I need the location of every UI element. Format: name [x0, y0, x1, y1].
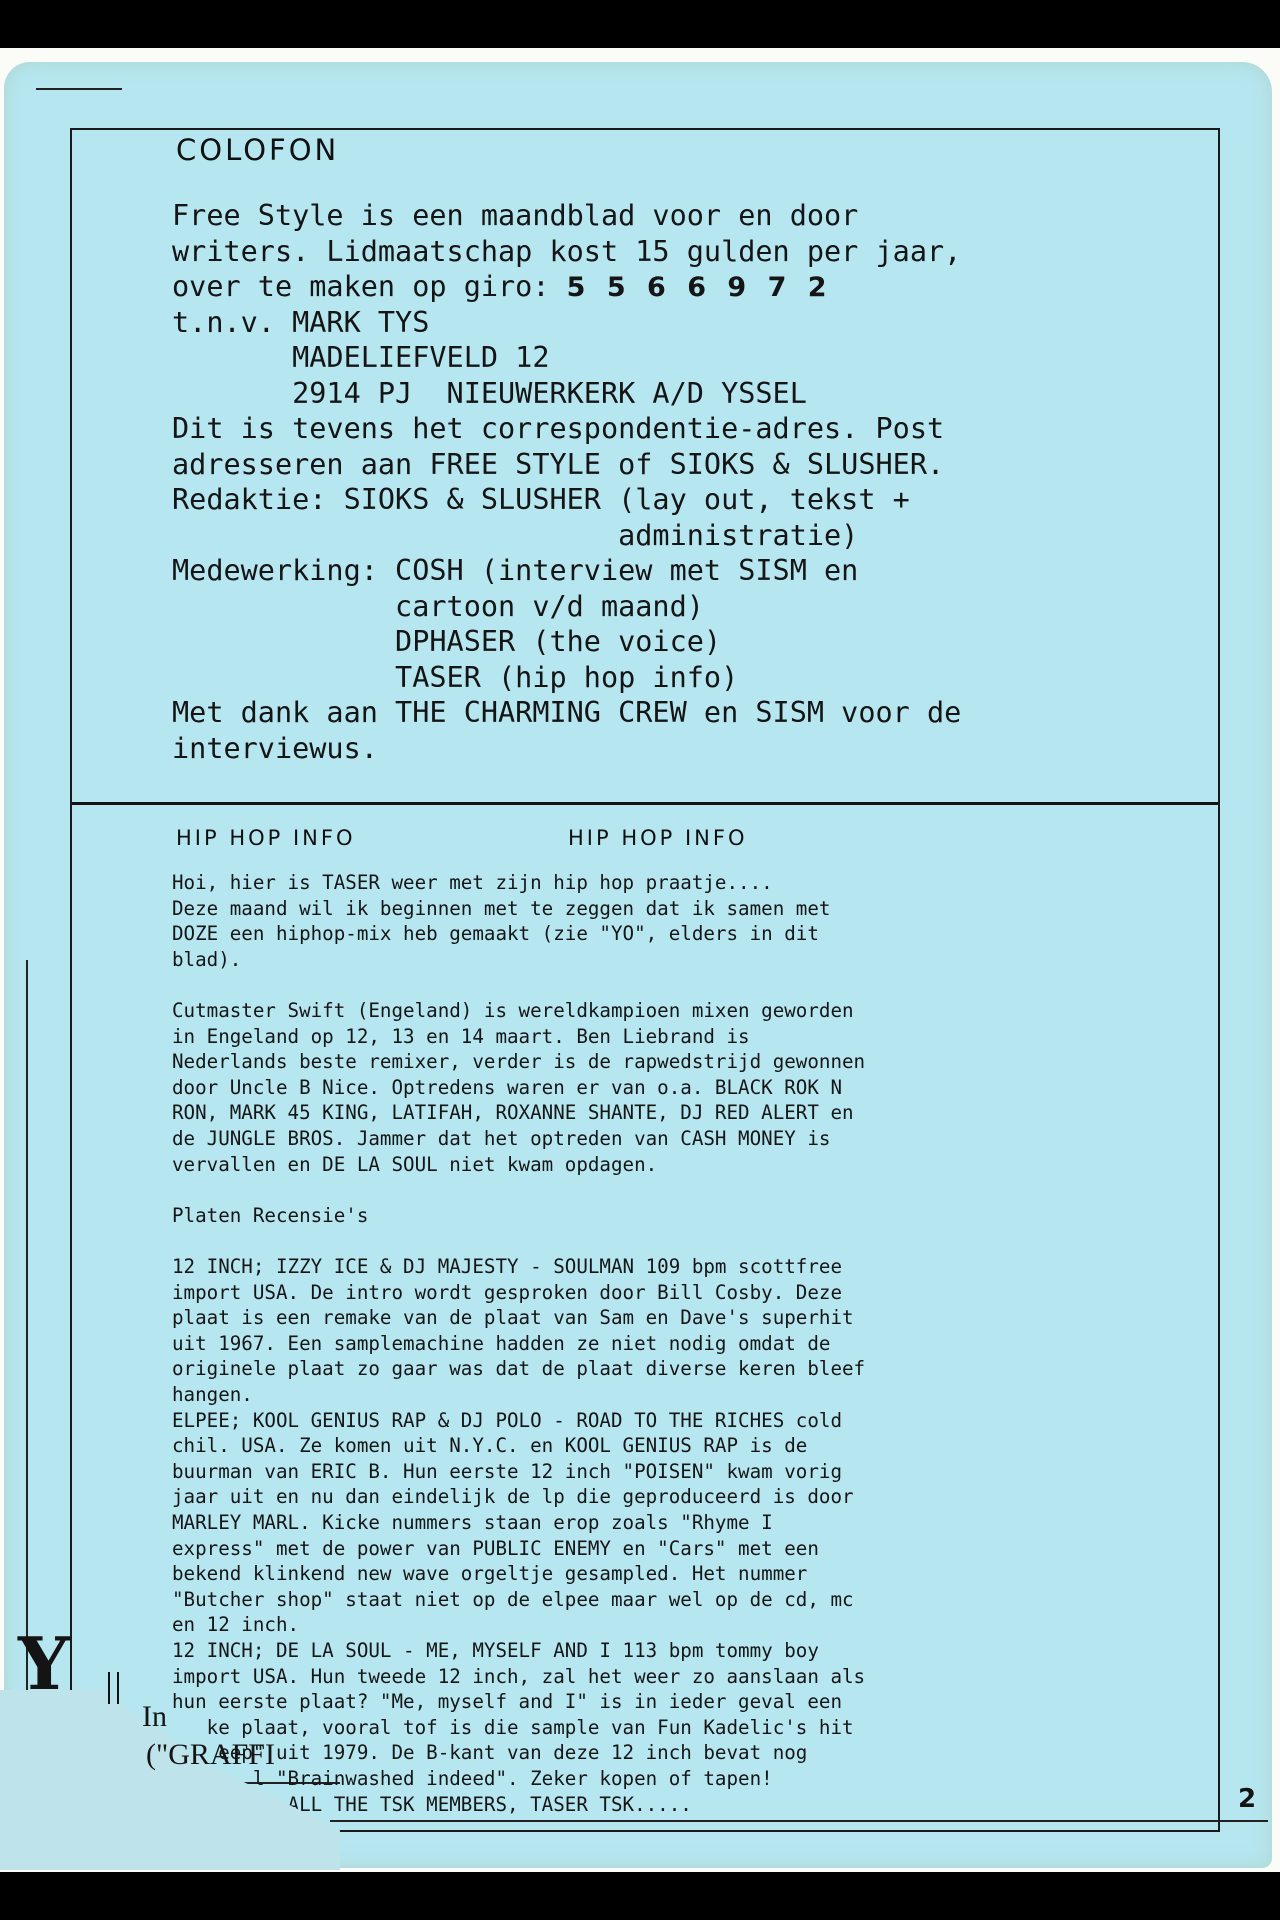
hiphop-info-line: vervallen en DE LA SOUL niet kwam opdage…: [172, 1152, 657, 1178]
hiphop-info-line: DOZE een hiphop-mix heb gemaakt (zie "YO…: [172, 921, 819, 947]
hiphop-info-line: Deze maand wil ik beginnen met te zeggen…: [172, 896, 830, 922]
colofon-line: over te maken op giro: 5 5 6 6 9 7 2: [172, 269, 833, 306]
hiphop-info-title-repeat: HIP HOP INFO: [568, 826, 748, 850]
colofon-title: COLOFON: [176, 133, 339, 167]
underlying-graffiti-letter: Y: [18, 1628, 69, 1700]
colofon-line: writers. Lidmaatschap kost 15 gulden per…: [172, 234, 961, 270]
underlying-text-fragment: In: [142, 1700, 167, 1734]
hiphop-info-line: buurman van ERIC B. Hun eerste 12 inch "…: [172, 1459, 842, 1485]
hiphop-info-line: in Engeland op 12, 13 en 14 maart. Ben L…: [172, 1024, 750, 1050]
underlying-text-fragment-graffiti: ("GRAFFI: [146, 1738, 275, 1772]
hiphop-info-line: express" met de power van PUBLIC ENEMY e…: [172, 1536, 819, 1562]
underlying-double-bar: [108, 1672, 119, 1704]
hiphop-info-line: Platen Recensie's: [172, 1203, 368, 1229]
hiphop-info-line: import USA. De intro wordt gesproken doo…: [172, 1280, 842, 1306]
hiphop-info-line: en 12 inch.: [172, 1612, 299, 1638]
colofon-line: Free Style is een maandblad voor en door: [172, 198, 858, 234]
hiphop-info-line: Cutmaster Swift (Engeland) is wereldkamp…: [172, 998, 854, 1024]
colofon-line: 2914 PJ NIEUWERKERK A/D YSSEL: [172, 376, 807, 412]
hiphop-info-line: door Uncle B Nice. Optredens waren er va…: [172, 1075, 842, 1101]
hiphop-info-line: plaat is een remake van de plaat van Sam…: [172, 1305, 854, 1331]
colofon-line: administratie): [172, 518, 858, 554]
hiphop-info-line: de JUNGLE BROS. Jammer dat het optreden …: [172, 1126, 830, 1152]
hiphop-info-title: HIP HOP INFO: [176, 826, 356, 850]
hiphop-info-line: blad).: [172, 947, 241, 973]
hiphop-info-line: ke plaat, vooral tof is die sample van F…: [172, 1715, 854, 1741]
hiphop-info-line: MARLEY MARL. Kicke nummers staan erop zo…: [172, 1510, 773, 1536]
hiphop-info-line: hangen.: [172, 1382, 253, 1408]
colofon-line: adresseren aan FREE STYLE of SIOKS & SLU…: [172, 447, 944, 483]
colofon-line: t.n.v. MARK TYS: [172, 305, 429, 341]
hiphop-info-line: import USA. Hun tweede 12 inch, zal het …: [172, 1664, 865, 1690]
hiphop-info-line: 12 INCH; IZZY ICE & DJ MAJESTY - SOULMAN…: [172, 1254, 842, 1280]
colofon-line: Medewerking: COSH (interview met SISM en: [172, 553, 858, 589]
hiphop-info-line: originele plaat zo gaar was dat de plaat…: [172, 1356, 865, 1382]
hiphop-info-line: bekend klinkend new wave orgeltje gesamp…: [172, 1561, 807, 1587]
hiphop-info-line: jaar uit en nu dan eindelijk de lp die g…: [172, 1484, 854, 1510]
hiphop-info-line: "Butcher shop" staat niet op de elpee ma…: [172, 1587, 854, 1613]
colofon-line: MADELIEFVELD 12: [172, 340, 550, 376]
page-number: 2: [1238, 1784, 1256, 1814]
hiphop-info-line: 12 INCH; DE LA SOUL - ME, MYSELF AND I 1…: [172, 1638, 819, 1664]
hiphop-info-line: Nederlands beste remixer, verder is de r…: [172, 1049, 865, 1075]
page-bottom-rule: [330, 1820, 1268, 1822]
colofon-line: cartoon v/d maand): [172, 589, 704, 625]
colofon-line: Redaktie: SIOKS & SLUSHER (lay out, teks…: [172, 482, 910, 518]
back-sheet-top-rule: [36, 88, 122, 90]
colofon-line: Dit is tevens het correspondentie-adres.…: [172, 411, 944, 447]
hiphop-info-line: uit 1967. Een samplemachine hadden ze ni…: [172, 1331, 830, 1357]
colofon-line: interviewus.: [172, 731, 378, 767]
hiphop-info-line: ELPEE; KOOL GENIUS RAP & DJ POLO - ROAD …: [172, 1408, 842, 1434]
hiphop-info-line: RON, MARK 45 KING, LATIFAH, ROXANNE SHAN…: [172, 1100, 854, 1126]
giro-number: 5 5 6 6 9 7 2: [567, 272, 833, 303]
colofon-line: Met dank aan THE CHARMING CREW en SISM v…: [172, 695, 961, 731]
colofon-line: TASER (hip hop info): [172, 660, 738, 696]
hiphop-info-line: hun eerste plaat? "Me, myself and I" is …: [172, 1689, 842, 1715]
hiphop-info-line: chil. USA. Ze komen uit N.Y.C. en KOOL G…: [172, 1433, 807, 1459]
colofon-line: DPHASER (the voice): [172, 624, 721, 660]
hiphop-info-line: Hoi, hier is TASER weer met zijn hip hop…: [172, 870, 773, 896]
